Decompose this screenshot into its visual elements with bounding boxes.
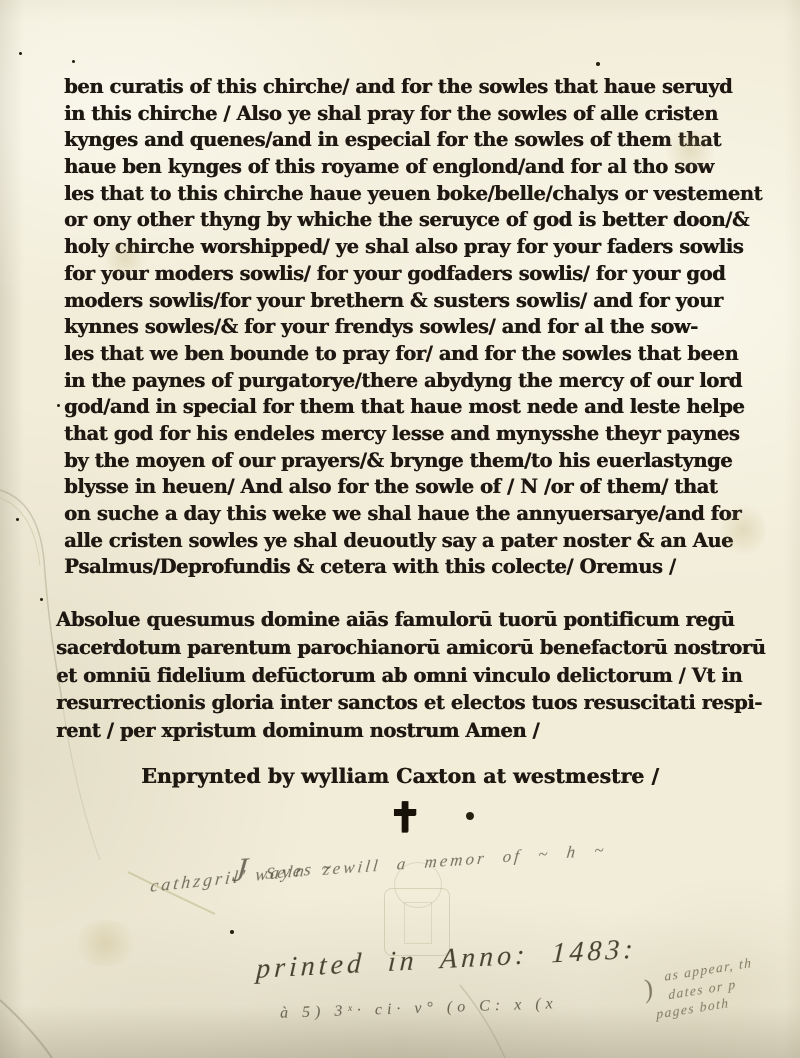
text-line: on suche a day this weke we shal haue th…	[64, 501, 762, 528]
ink-speck	[40, 598, 43, 601]
fox-spot	[70, 920, 140, 966]
colophon-line: Enprynted by wylliam Caxton at westmestr…	[0, 764, 800, 788]
text-line: et omniū fidelium defūctorum ab omni vin…	[56, 662, 765, 690]
text-line: or ony other thyng by whiche the seruyce…	[64, 207, 762, 234]
fox-spot	[660, 130, 720, 170]
text-line: for your moders sowlis/ for your godfade…	[64, 261, 762, 288]
printers-cross-icon: ✝	[388, 794, 422, 841]
text-line: in the paynes of purgatorye/there abydyn…	[64, 368, 762, 395]
text-line: haue ben kynges of this royame of englon…	[64, 154, 762, 181]
blind-stamp-inner	[404, 902, 432, 944]
text-line: kynnes sowles/& for your frendys sowles/…	[64, 314, 762, 341]
text-line: in this chirche / Also ye shal pray for …	[64, 101, 762, 128]
scanned-page: ben curatis of this chirche/ and for the…	[0, 0, 800, 1058]
ink-speck	[16, 518, 19, 521]
text-line: by the moyen of our prayers/& brynge the…	[64, 448, 762, 475]
text-line: that god for his endeles mercy lesse and…	[64, 421, 762, 448]
text-line: les that to this chirche haue yeuen boke…	[64, 181, 762, 208]
ink-speck	[57, 404, 60, 407]
text-line: ben curatis of this chirche/ and for the…	[64, 74, 762, 101]
text-line: kynges and quenes/and in especial for th…	[64, 127, 762, 154]
text-line: god/and in special for them that haue mo…	[64, 394, 762, 421]
ink-speck	[466, 812, 474, 820]
text-line: Psalmus/Deprofundis & cetera with this c…	[64, 554, 762, 581]
ink-speck	[72, 60, 75, 63]
ink-speck	[19, 52, 22, 55]
text-line: blysse in heuen/ And also for the sowle …	[64, 474, 762, 501]
text-line: alle cristen sowles ye shal deuoutly say…	[64, 528, 762, 555]
fox-spot	[100, 240, 150, 276]
text-line: rent / per xpristum dominum nostrum Amen…	[56, 717, 765, 745]
ink-speck	[230, 930, 234, 934]
latin-prayer-block: Absolue quesumus domine aiās famulorū tu…	[56, 606, 765, 745]
ink-speck	[596, 62, 600, 66]
text-line: Absolue quesumus domine aiās famulorū tu…	[56, 606, 765, 634]
text-line: moders sowlis/for your brethern & suster…	[64, 288, 762, 315]
fox-spot	[720, 500, 766, 560]
margin-note-bracket: )	[641, 973, 658, 1005]
text-line: sacerdotum parentum parochianorū amicorū…	[56, 634, 765, 662]
text-line: les that we ben bounde to pray for/ and …	[64, 341, 762, 368]
text-line: resurrectionis gloria inter sanctos et e…	[56, 689, 765, 717]
shorthand-inscription: à 5) 3ˣ· ci· v° (o C: x (x	[280, 995, 558, 1023]
main-text-block: ben curatis of this chirche/ and for the…	[64, 74, 762, 581]
text-line: holy chirche worshipped/ ye shal also pr…	[64, 234, 762, 261]
ink-speck	[105, 642, 108, 645]
